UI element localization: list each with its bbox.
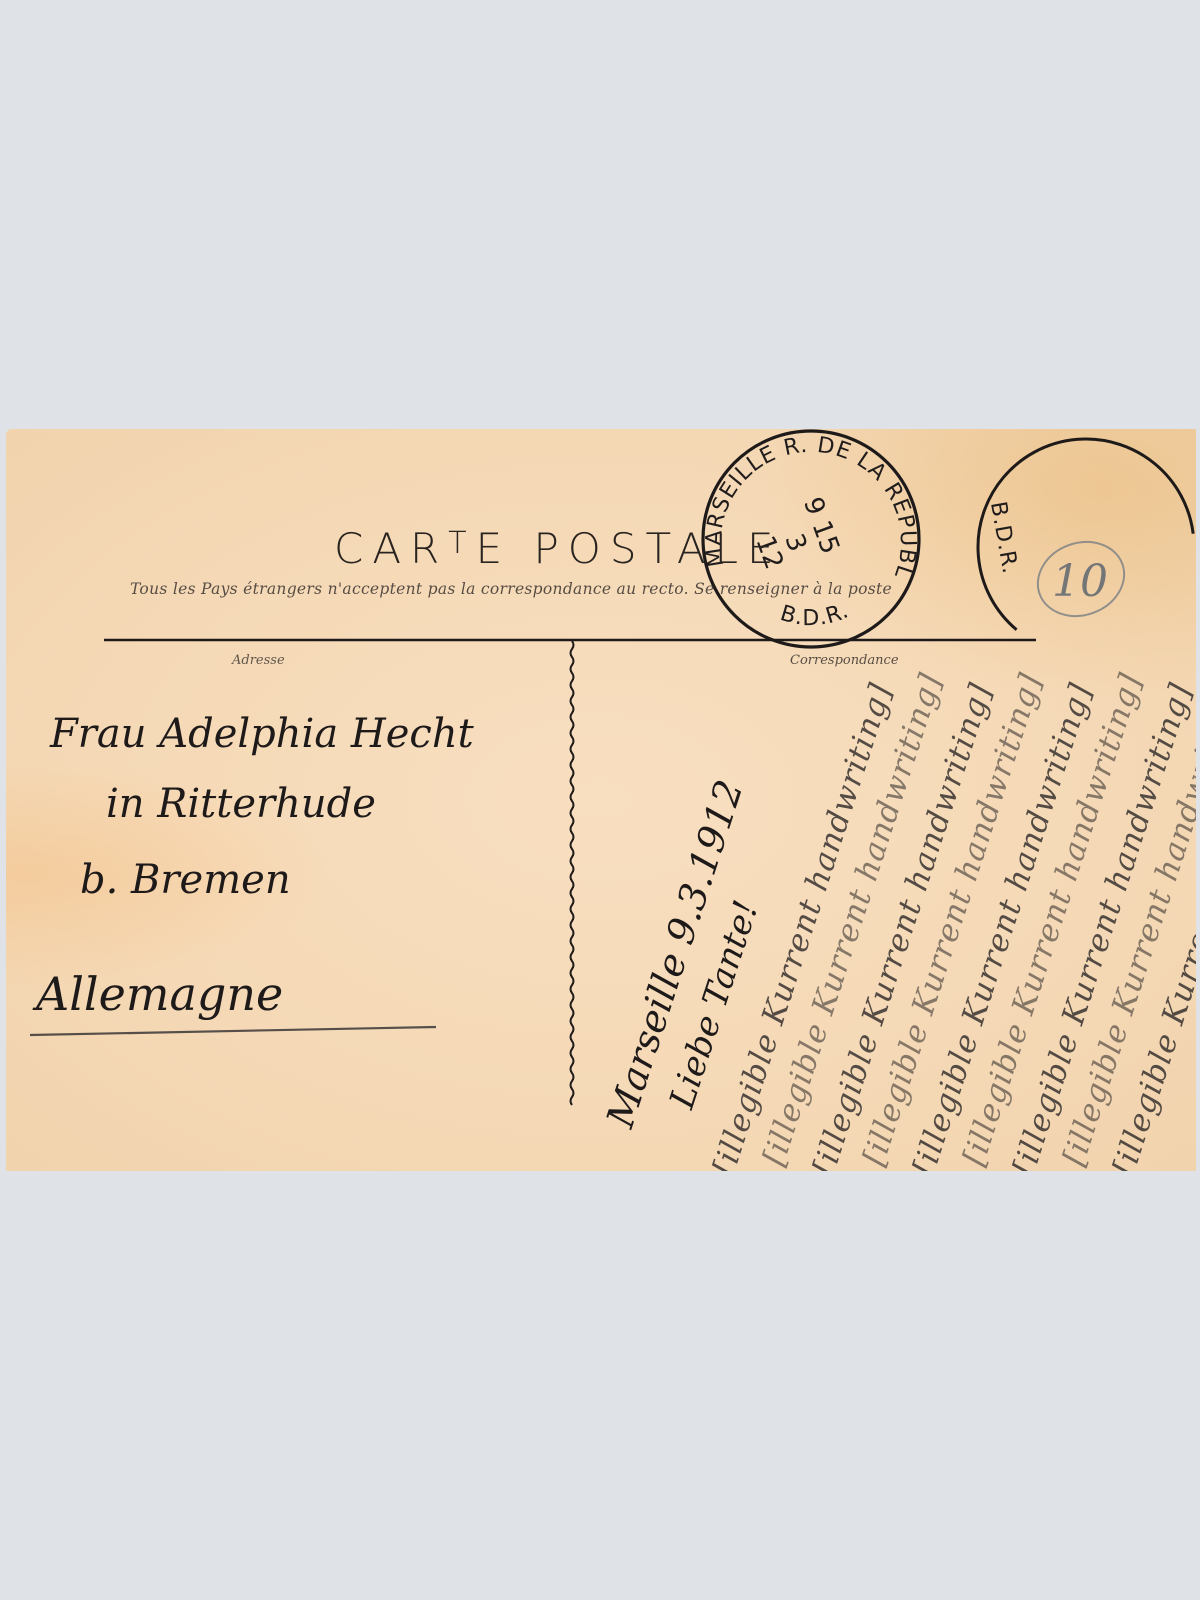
postcard: MARSEILLE R. DE LA RÉPUBLIQUE B.D.R. 9 1… [6, 429, 1196, 1171]
address-country: Allemagne [36, 967, 283, 1021]
address-town: in Ritterhude [106, 781, 376, 827]
foreign-countries-notice: Tous les Pays étrangers n'acceptent pas … [130, 580, 892, 598]
pencil-notation: 10 [1052, 556, 1108, 607]
address-recipient: Frau Adelphia Hecht [50, 711, 474, 757]
address-label: Adresse [232, 653, 285, 668]
svg-text:B.D.R.: B.D.R. [777, 598, 853, 631]
svg-text:B.D.R.: B.D.R. [985, 500, 1022, 577]
correspondence-label: Correspondance [790, 653, 899, 668]
postcard-title: CARTE POSTALE [334, 524, 783, 573]
address-region: b. Bremen [80, 857, 291, 903]
wavy-separator [571, 641, 574, 1105]
